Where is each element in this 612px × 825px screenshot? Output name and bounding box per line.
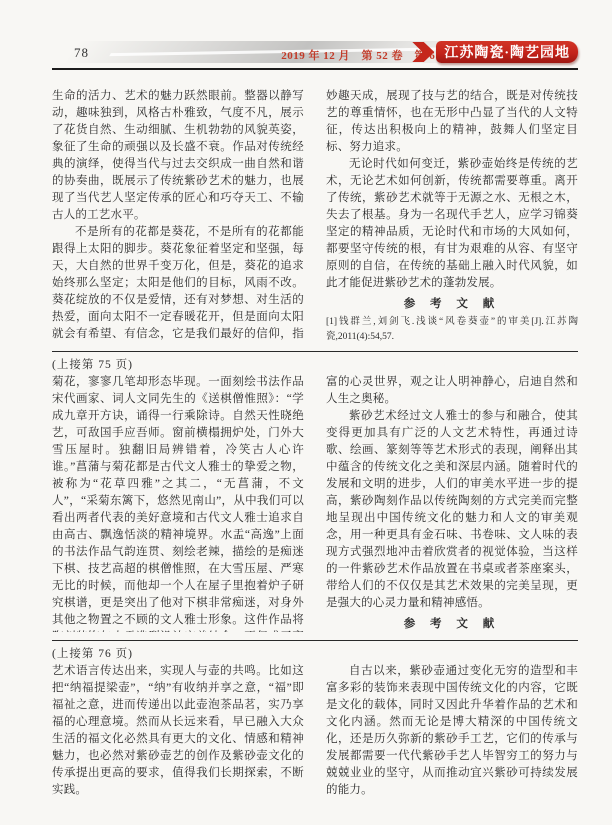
page-number: 78 [74, 45, 89, 61]
journal-title-banner: 江苏陶瓷·陶艺园地 [436, 41, 578, 63]
references-heading: 参 考 文 献 [326, 294, 578, 314]
references-heading: 参 考 文 献 [326, 614, 578, 632]
continued-from-label: (上接第 75 页) [52, 356, 578, 374]
paragraph: 自古以来，紫砂壶通过变化无穷的造型和丰富多彩的装饰来表现中国传统文化的内容，它既… [326, 663, 578, 799]
reference-entry: [1]钱群兰,刘剑飞.浅谈“风卷葵壶”的审美[J].江苏陶瓷,2011(4):5… [326, 315, 578, 343]
paragraph: 妙趣天成，展现了技与艺的结合，既是对传统技艺的尊重情怀，也在无形中凸显了当代的人… [326, 88, 578, 156]
section3-right-column: 自古以来，紫砂壶通过变化无穷的造型和丰富多彩的装饰来表现中国传统文化的内容，它既… [326, 663, 578, 799]
journal-title: 江苏陶瓷·陶艺园地 [444, 42, 570, 62]
article-section-2: (上接第 75 页) 菊花，寥寥几笔却形态毕现。一面刻绘书法作品宋代画家、词人文… [52, 352, 578, 632]
section2-right-column: 富的心灵世界，观之让人明神静心，启迪自然和人生之奥秘。 紫砂艺术经过文人雅士的参… [326, 374, 578, 632]
article-section-1: 生命的活力、艺术的魅力跃然眼前。整器以静写动，趣味独到，风格古朴雅致，气度不凡，… [52, 88, 578, 343]
header-rule [52, 68, 578, 70]
chevron-right-icon [412, 42, 434, 62]
section2-left-column: 菊花，寥寥几笔却形态毕现。一面刻绘书法作品宋代画家、词人文同先生的《送棋僧惟照》… [52, 374, 304, 632]
journal-page: 78 2019 年 12 月 第 52 卷 第 6 期 江苏陶瓷·陶艺园地 生命… [0, 0, 612, 825]
section1-right-column: 妙趣天成，展现了技与艺的结合，既是对传统技艺的尊重情怀，也在无形中凸显了当代的人… [326, 88, 578, 343]
paragraph: 不是所有的花都是葵花，不是所有的花都能跟得上太阳的脚步。葵花象征着坚定和坚强，每… [52, 224, 304, 343]
page-content: 生命的活力、艺术的魅力跃然眼前。整器以静写动，趣味独到，风格古朴雅致，气度不凡，… [52, 88, 578, 799]
page-header: 78 2019 年 12 月 第 52 卷 第 6 期 江苏陶瓷·陶艺园地 [52, 40, 578, 68]
section3-left-column: 艺术语言传达出来，实现人与壶的共鸣。比如这把“纳福提梁壶”，“纳”有收纳并享之意… [52, 663, 304, 799]
section-divider [52, 640, 578, 641]
paragraph: 菊花，寥寥几笔却形态毕现。一面刻绘书法作品宋代画家、词人文同先生的《送棋僧惟照》… [52, 374, 304, 632]
continued-from-label: (上接第 76 页) [52, 645, 578, 663]
article-section-3: (上接第 76 页) 艺术语言传达出来，实现人与壶的共鸣。比如这把“纳福提梁壶”… [52, 645, 578, 799]
paragraph: 生命的活力、艺术的魅力跃然眼前。整器以静写动，趣味独到，风格古朴雅致，气度不凡，… [52, 88, 304, 224]
paragraph: 紫砂艺术经过文人雅士的参与和融合，使其变得更加具有广泛的人文艺术特性，再通过诗歌… [326, 408, 578, 612]
paragraph: 富的心灵世界，观之让人明神静心，启迪自然和人生之奥秘。 [326, 374, 578, 408]
paragraph: 无论时代如何变迁，紫砂壶始终是传统的艺术，无论艺术如何创新，传统都需要尊重。离开… [326, 156, 578, 292]
paragraph: 艺术语言传达出来，实现人与壶的共鸣。比如这把“纳福提梁壶”，“纳”有收纳并享之意… [52, 663, 304, 799]
journal-banner-group: 江苏陶瓷·陶艺园地 [412, 41, 578, 63]
section1-left-column: 生命的活力、艺术的魅力跃然眼前。整器以静写动，趣味独到，风格古朴雅致，气度不凡，… [52, 88, 304, 343]
